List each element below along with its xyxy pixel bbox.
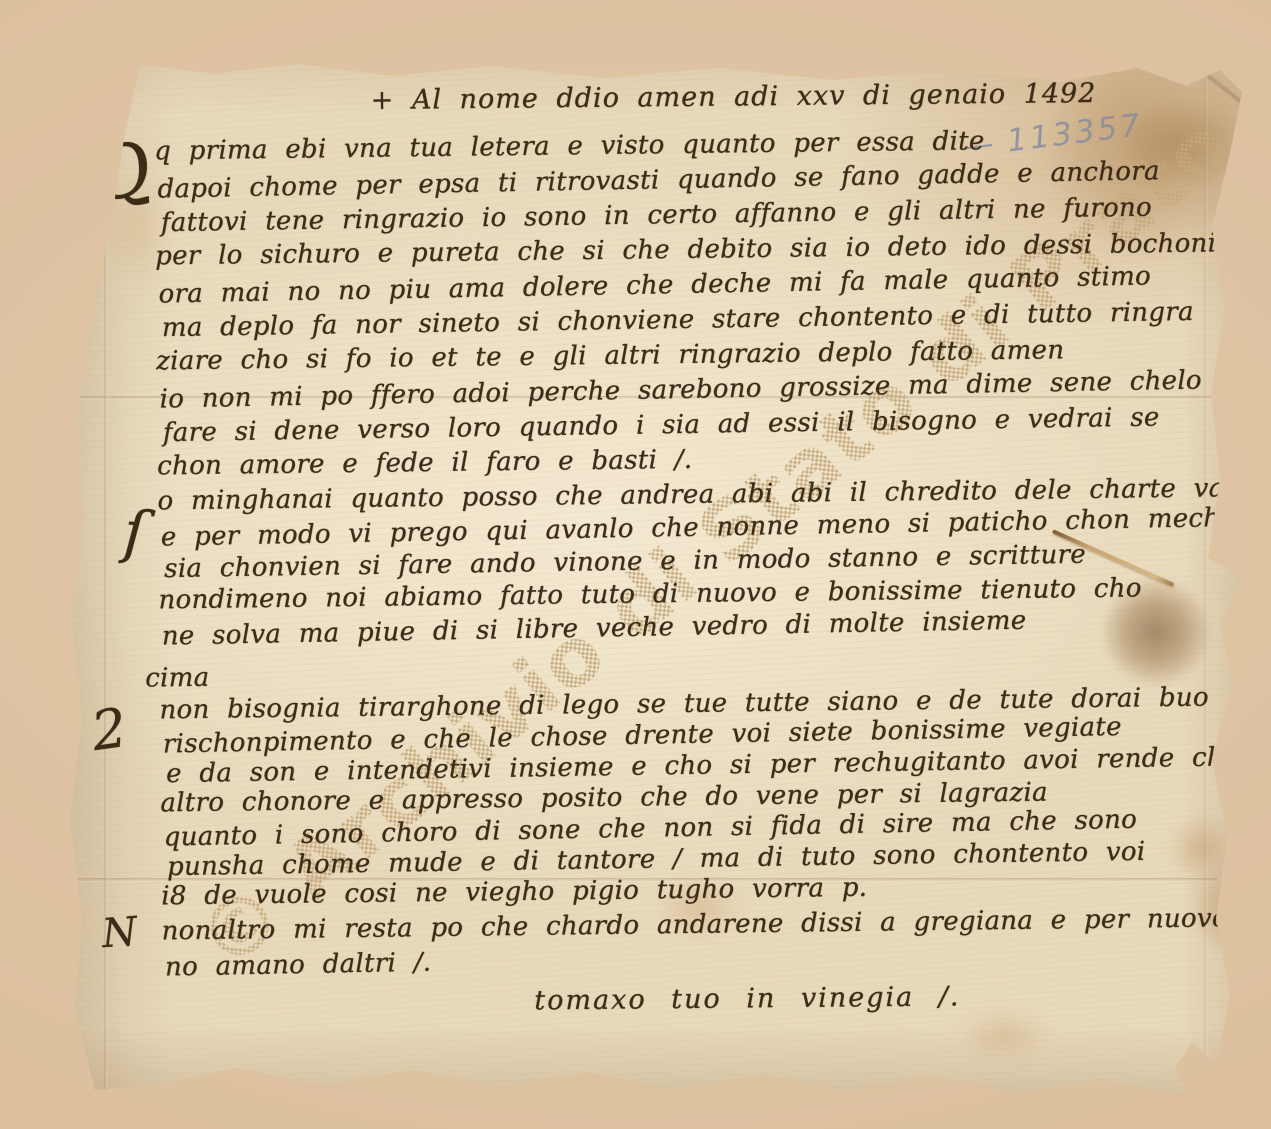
letter-heading: + Al nome ddio amen adi xxv di genaio 14… — [371, 75, 1206, 119]
letter-body: q prima ebi vna tua letera e visto quant… — [146, 123, 1214, 980]
margin-flourish-3: 2 — [88, 696, 131, 763]
manuscript-paper: © Archivio di Stato di Prato —113357 Qſ2… — [62, 58, 1243, 1096]
stain-bottom-right — [957, 1008, 1052, 1063]
margin-flourish-2: ſ — [122, 497, 148, 566]
margin-flourish-4: N — [100, 909, 138, 957]
signature-line: tomaxo tuo in vinegia /. — [534, 978, 1214, 1019]
letter-paragraph-p3: non bisognia tirarghone di lego se tue t… — [151, 684, 1213, 911]
photo-mount-background: © Archivio di Stato di Prato —113357 Qſ2… — [0, 0, 1271, 1129]
letter-text: + Al nome ddio amen adi xxv di genaio 14… — [146, 75, 1215, 1022]
letter-paragraph-p2: o minghanai quanto posso che andrea abi … — [149, 474, 1211, 649]
letter-paragraph-p1: q prima ebi vna tua letera e visto quant… — [146, 123, 1209, 483]
letter-paragraph-closing: nonaltro mi resta po che chardo andarene… — [153, 904, 1214, 980]
